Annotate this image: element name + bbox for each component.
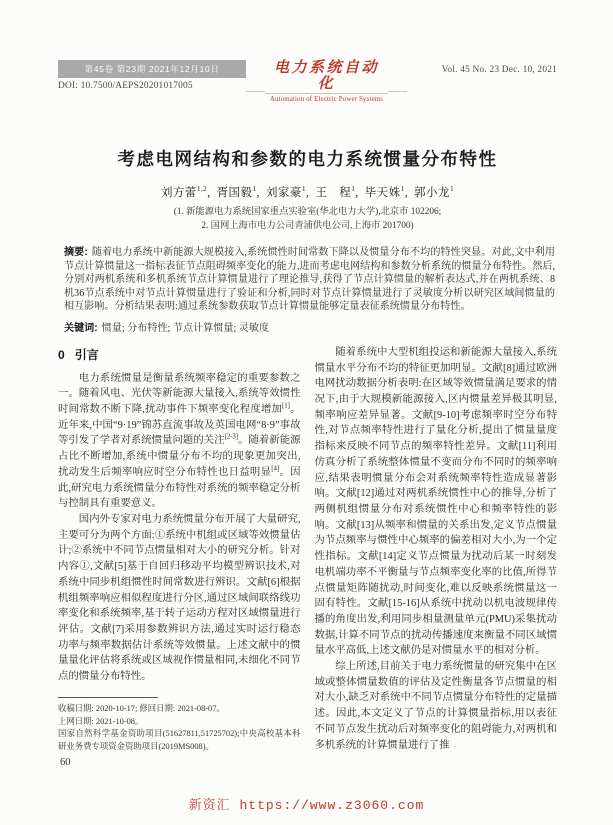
affiliation-1: (1. 新能源电力系统国家重点实验室(华北电力大学),北京市 102206; <box>58 206 557 220</box>
section-number: 0 <box>58 348 65 362</box>
article-title: 考虑电网结构和参数的电力系统惯量分布特性 <box>58 146 557 171</box>
issue-info-band: 第45卷 第23期 2021年12月10日 <box>58 60 246 78</box>
body-paragraph: 国内外专家对电力系统惯量分布开展了大量研究,主要可分为两个方面:①系统中机组或区… <box>58 512 301 685</box>
author-name: 刘方蕾1,2, <box>161 187 211 199</box>
keywords-block: 关键词:惯量; 分布特性; 节点计算惯量; 灵敏度 <box>58 319 557 334</box>
affiliations: (1. 新能源电力系统国家重点实验室(华北电力大学),北京市 102206; 2… <box>58 206 557 233</box>
journal-logo-row: 电力系统自动化 <box>246 60 407 94</box>
author-name: 王 程1, <box>315 187 358 199</box>
author-line: 刘方蕾1,2,胥国毅1,刘家豪1,王 程1,毕天姝1,郭小龙1 <box>58 184 557 200</box>
body-paragraph: 电力系统惯量是衡量系统频率稳定的重要参数之一。随着风电、光伏等新能源大量接入,系… <box>58 371 301 512</box>
section-heading-introduction: 0引言 <box>58 348 301 364</box>
body-paragraph: 综上所述,目前关于电力系统惯量的研究集中在区域或整体惯量数值的评估及定性衡量各节… <box>315 659 558 753</box>
volume-info: Vol. 45 No. 23 Dec. 10, 2021 <box>407 60 557 75</box>
left-column: 0引言 电力系统惯量是衡量系统频率稳定的重要参数之一。随着风电、光伏等新能源大量… <box>58 345 301 754</box>
footnote-rule <box>58 697 158 698</box>
author-name: 郭小龙1 <box>414 187 454 199</box>
abstract-block: 摘要:随着电力系统中新能源大规模接入,系统惯性时间常数下降以及惯量分布不均的特性… <box>58 246 557 314</box>
journal-name-cn: 电力系统自动化 <box>265 60 388 94</box>
keywords-text: 惯量; 分布特性; 节点计算惯量; 灵敏度 <box>102 323 269 334</box>
footnote-block: 收稿日期: 2020-10-17; 修回日期: 2021-08-07。 上网日期… <box>58 697 301 754</box>
body-paragraph: 随着系统中大型机组投运和新能源大量接入,系统惯量水平分布不均的特征更加明显。文献… <box>315 345 558 659</box>
logo-rule-left <box>246 91 265 92</box>
abstract-label: 摘要: <box>64 247 88 258</box>
watermark-text: 新资汇 https://www.z3060.com <box>0 794 613 813</box>
footnote-online-date: 上网日期: 2021-10-08。 <box>58 716 301 729</box>
body-columns: 0引言 电力系统惯量是衡量系统频率稳定的重要参数之一。随着风电、光伏等新能源大量… <box>58 345 557 754</box>
keywords-label: 关键词: <box>64 323 98 334</box>
footnote-funding: 国家自然科学基金资助项目(51627811,51725702);中央高校基本科研… <box>58 728 301 754</box>
abstract-text: 随着电力系统中新能源大规模接入,系统惯性时间常数下降以及惯量分布不均的特性突显。… <box>64 247 555 312</box>
journal-logo-block: 电力系统自动化 Automation of Electric Power Sys… <box>246 60 407 103</box>
right-column: 随着系统中大型机组投运和新能源大量接入,系统惯量水平分布不均的特征更加明显。文献… <box>315 345 558 754</box>
author-name: 刘家豪1, <box>266 187 309 199</box>
right-column-paragraphs: 随着系统中大型机组投运和新能源大量接入,系统惯量水平分布不均的特征更加明显。文献… <box>315 345 558 753</box>
doi-text: DOI: 10.7500/AEPS20201017005 <box>58 81 246 91</box>
journal-header: 第45卷 第23期 2021年12月10日 DOI: 10.7500/AEPS2… <box>58 60 557 102</box>
logo-rule-right <box>388 91 407 92</box>
author-name: 毕天姝1, <box>365 187 408 199</box>
footnote-received-dates: 收稿日期: 2020-10-17; 修回日期: 2021-08-07。 <box>58 703 301 716</box>
header-left: 第45卷 第23期 2021年12月10日 DOI: 10.7500/AEPS2… <box>58 60 246 91</box>
paper-page: 第45卷 第23期 2021年12月10日 DOI: 10.7500/AEPS2… <box>0 0 613 825</box>
page-number: 60 <box>60 757 71 768</box>
affiliation-2: 2. 国网上海市电力公司青浦供电公司,上海市 201700) <box>58 220 557 234</box>
journal-name-en: Automation of Electric Power Systems <box>246 96 407 103</box>
left-column-paragraphs: 电力系统惯量是衡量系统频率稳定的重要参数之一。随着风电、光伏等新能源大量接入,系… <box>58 371 301 685</box>
section-title: 引言 <box>75 348 99 362</box>
author-name: 胥国毅1, <box>217 187 260 199</box>
